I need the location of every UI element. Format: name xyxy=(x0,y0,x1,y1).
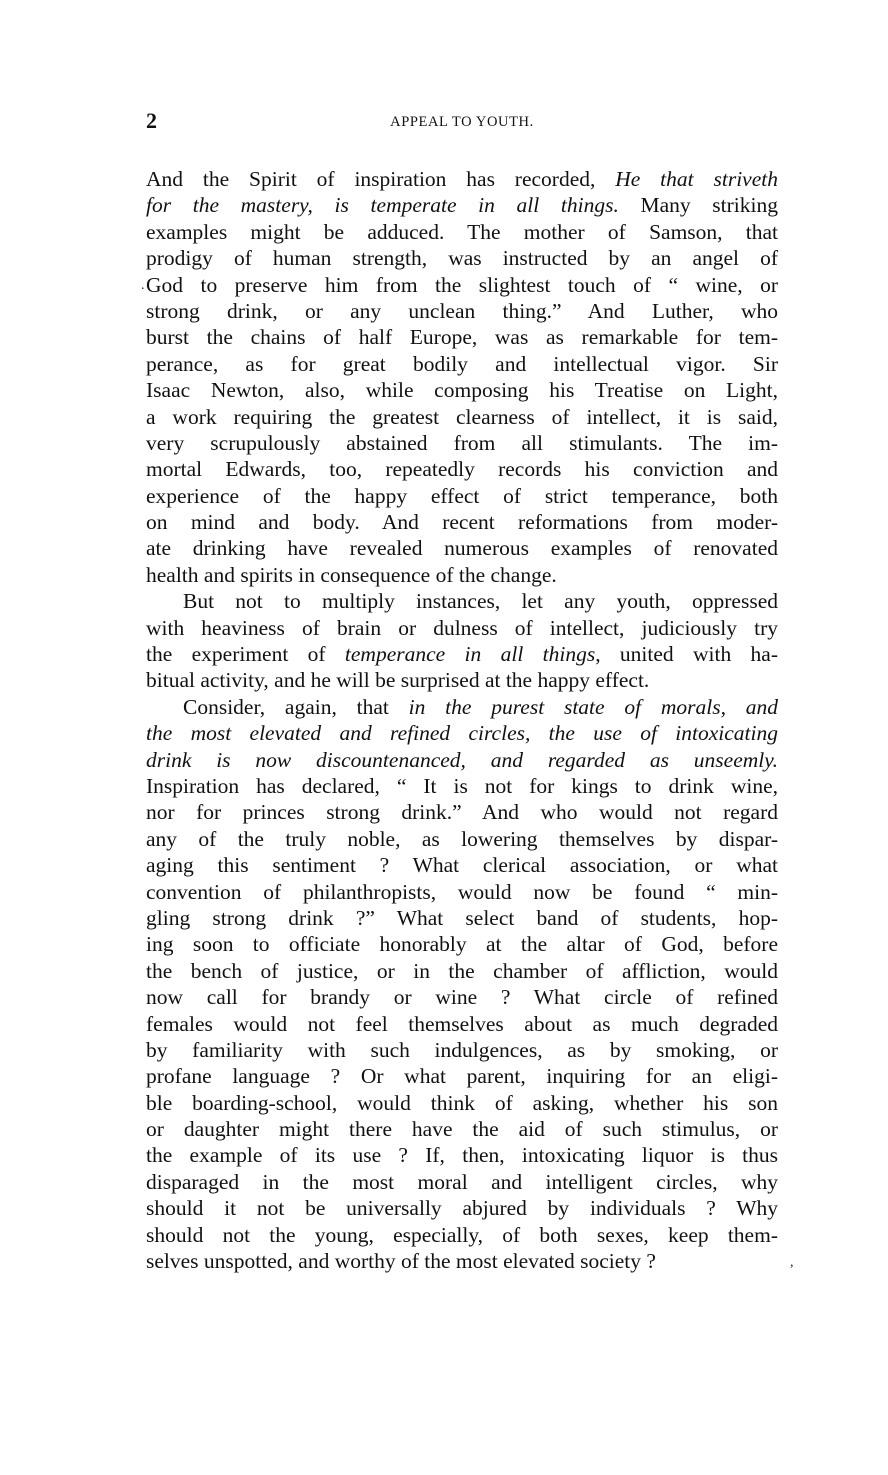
text-line: bitual activity, and he will be surprise… xyxy=(146,667,778,693)
text-segment: selves unspotted, and worthy of the most… xyxy=(146,1249,656,1273)
text-segment: But not to multiply instances, let any y… xyxy=(183,589,778,613)
italic-text: drink is now discountenanced, and regard… xyxy=(146,748,778,772)
text-segment: God to preserve him from the slightest t… xyxy=(146,273,778,297)
scan-speck: . xyxy=(141,278,145,294)
text-segment: females would not feel themselves about … xyxy=(146,1012,778,1036)
text-segment: , united with ha- xyxy=(595,642,778,666)
text-line: the experiment of temperance in all thin… xyxy=(146,641,778,667)
running-title: APPEAL TO YOUTH. xyxy=(146,114,778,131)
text-line: should it not be universally abjured by … xyxy=(146,1195,778,1221)
text-segment: the example of its use ? If, then, intox… xyxy=(146,1143,778,1167)
text-line: a work requiring the greatest clearness … xyxy=(146,404,778,430)
text-line: selves unspotted, and worthy of the most… xyxy=(146,1248,778,1274)
text-line: examples might be adduced. The mother of… xyxy=(146,219,778,245)
text-line: burst the chains of half Europe, was as … xyxy=(146,324,778,350)
text-segment: should it not be universally abjured by … xyxy=(146,1196,778,1220)
text-line: nor for princes strong drink.” And who w… xyxy=(146,799,778,825)
book-page: 2 APPEAL TO YOUTH. And the Spirit of ins… xyxy=(0,0,888,1475)
text-segment: gling strong drink ?” What select band o… xyxy=(146,906,778,930)
text-segment: experience of the happy effect of strict… xyxy=(146,484,778,508)
running-head: 2 APPEAL TO YOUTH. xyxy=(146,112,778,136)
text-segment: burst the chains of half Europe, was as … xyxy=(146,325,778,349)
text-line: disparaged in the most moral and intelli… xyxy=(146,1169,778,1195)
text-segment: the bench of justice, or in the chamber … xyxy=(146,959,778,983)
text-segment: Consider, again, that xyxy=(183,695,409,719)
scan-speck: , xyxy=(790,1255,794,1271)
text-line: prodigy of human strength, was instructe… xyxy=(146,245,778,271)
text-line: convention of philanthropists, would now… xyxy=(146,879,778,905)
text-segment: any of the truly noble, as lowering them… xyxy=(146,827,778,851)
text-segment: nor for princes strong drink.” And who w… xyxy=(146,800,778,824)
text-segment: ate drinking have revealed numerous exam… xyxy=(146,536,778,560)
italic-text: for the mastery, is temperate in all thi… xyxy=(146,193,619,217)
text-segment: aging this sentiment ? What clerical ass… xyxy=(146,853,778,877)
text-line: experience of the happy effect of strict… xyxy=(146,483,778,509)
text-segment: And the Spirit of inspiration has record… xyxy=(146,167,615,191)
text-line: on mind and body. And recent reformation… xyxy=(146,509,778,535)
text-segment: bitual activity, and he will be surprise… xyxy=(146,668,649,692)
text-line: Consider, again, that in the purest stat… xyxy=(146,694,778,720)
body-text: And the Spirit of inspiration has record… xyxy=(146,166,778,1274)
text-line: perance, as for great bodily and intelle… xyxy=(146,351,778,377)
text-segment: Inspiration has declared, “ It is not fo… xyxy=(146,774,778,798)
text-line: with heaviness of brain or dulness of in… xyxy=(146,615,778,641)
text-segment: health and spirits in consequence of the… xyxy=(146,563,557,587)
text-line: gling strong drink ?” What select band o… xyxy=(146,905,778,931)
text-segment: the experiment of xyxy=(146,642,345,666)
text-line: mortal Edwards, too, repeatedly records … xyxy=(146,456,778,482)
text-segment: disparaged in the most moral and intelli… xyxy=(146,1170,778,1194)
text-segment: examples might be adduced. The mother of… xyxy=(146,220,778,244)
text-segment: Many striking xyxy=(619,193,778,217)
text-line: Isaac Newton, also, while composing his … xyxy=(146,377,778,403)
text-line: the bench of justice, or in the chamber … xyxy=(146,958,778,984)
text-segment: or daughter might there have the aid of … xyxy=(146,1117,778,1141)
italic-text: the most elevated and refined circles, t… xyxy=(146,721,778,745)
text-segment: convention of philanthropists, would now… xyxy=(146,880,778,904)
text-line: for the mastery, is temperate in all thi… xyxy=(146,192,778,218)
text-line: profane language ? Or what parent, inqui… xyxy=(146,1063,778,1089)
text-segment: by familiarity with such indulgences, as… xyxy=(146,1038,778,1062)
text-line: And the Spirit of inspiration has record… xyxy=(146,166,778,192)
italic-text: in the purest state of morals, and xyxy=(409,695,778,719)
text-line: any of the truly noble, as lowering them… xyxy=(146,826,778,852)
text-line: health and spirits in consequence of the… xyxy=(146,562,778,588)
text-line: drink is now discountenanced, and regard… xyxy=(146,747,778,773)
text-line: aging this sentiment ? What clerical ass… xyxy=(146,852,778,878)
text-line: the example of its use ? If, then, intox… xyxy=(146,1142,778,1168)
text-line: ing soon to officiate honorably at the a… xyxy=(146,931,778,957)
text-segment: prodigy of human strength, was instructe… xyxy=(146,246,778,270)
text-segment: ble boarding-school, would think of aski… xyxy=(146,1091,778,1115)
text-line: should not the young, especially, of bot… xyxy=(146,1222,778,1248)
text-segment: should not the young, especially, of bot… xyxy=(146,1223,778,1247)
text-line: by familiarity with such indulgences, as… xyxy=(146,1037,778,1063)
text-line: But not to multiply instances, let any y… xyxy=(146,588,778,614)
text-segment: with heaviness of brain or dulness of in… xyxy=(146,616,778,640)
text-segment: mortal Edwards, too, repeatedly records … xyxy=(146,457,778,481)
text-segment: very scrupulously abstained from all sti… xyxy=(146,431,778,455)
italic-text: temperance in all things xyxy=(345,642,595,666)
text-segment: profane language ? Or what parent, inqui… xyxy=(146,1064,778,1088)
text-segment: on mind and body. And recent reformation… xyxy=(146,510,778,534)
text-segment: perance, as for great bodily and intelle… xyxy=(146,352,778,376)
text-line: now call for brandy or wine ? What circl… xyxy=(146,984,778,1010)
text-line: ble boarding-school, would think of aski… xyxy=(146,1090,778,1116)
text-line: Inspiration has declared, “ It is not fo… xyxy=(146,773,778,799)
italic-text: He that striveth xyxy=(615,167,778,191)
text-segment: strong drink, or any unclean thing.” And… xyxy=(146,299,778,323)
text-line: the most elevated and refined circles, t… xyxy=(146,720,778,746)
text-segment: a work requiring the greatest clearness … xyxy=(146,405,778,429)
text-line: females would not feel themselves about … xyxy=(146,1011,778,1037)
text-line: or daughter might there have the aid of … xyxy=(146,1116,778,1142)
text-segment: Isaac Newton, also, while composing his … xyxy=(146,378,778,402)
text-segment: ing soon to officiate honorably at the a… xyxy=(146,932,778,956)
text-segment: now call for brandy or wine ? What circl… xyxy=(146,985,778,1009)
text-line: very scrupulously abstained from all sti… xyxy=(146,430,778,456)
text-line: God to preserve him from the slightest t… xyxy=(146,272,778,298)
text-line: ate drinking have revealed numerous exam… xyxy=(146,535,778,561)
text-line: strong drink, or any unclean thing.” And… xyxy=(146,298,778,324)
